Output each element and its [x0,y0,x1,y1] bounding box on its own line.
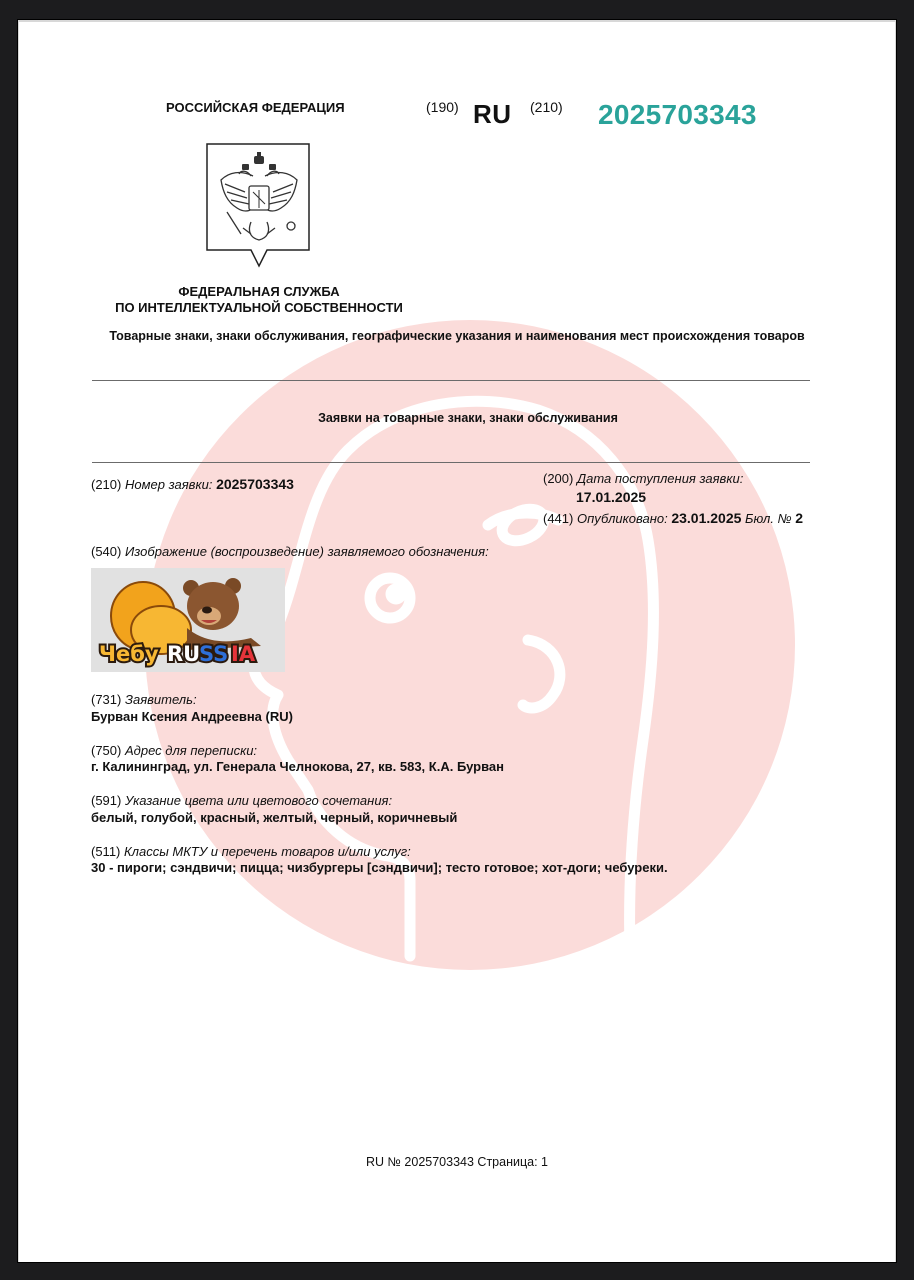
trademark-logo-image: Чебу RU SS IA [91,568,285,672]
svg-text:SS: SS [199,642,228,666]
svg-text:Чебу: Чебу [99,642,159,666]
applicant-value: Бурван Ксения Андреевна (RU) [91,709,293,724]
field-label: Изображение (воспроизведение) заявляемог… [125,544,489,559]
bulletin-label: Бюл. № [745,511,792,526]
bulletin-number: 2 [795,510,803,526]
agency-line-1: ФЕДЕРАЛЬНАЯ СЛУЖБА [78,284,440,300]
applicant-label: (731) Заявитель: [91,692,197,707]
published-date-value: 23.01.2025 [671,510,741,526]
filing-date-field: (200) Дата поступления заявки: [543,471,743,486]
section-title: Заявки на товарные знаки, знаки обслужив… [18,411,896,425]
page-footer: RU № 2025703343 Страница: 1 [18,1155,896,1169]
field-label: Заявитель: [125,692,197,707]
svg-text:IA: IA [231,642,256,666]
inid-code-210: (210) [530,99,563,115]
document-number: 2025703343 [598,99,757,131]
field-label: Адрес для переписки: [125,743,257,758]
inid-code: (540) [91,544,121,559]
agency-line-2: ПО ИНТЕЛЛЕКТУАЛЬНОЙ СОБСТВЕННОСТИ [78,300,440,316]
inid-code-190: (190) [426,99,459,115]
application-number-field: (210) Номер заявки: 2025703343 [91,476,294,492]
field-label: Дата поступления заявки: [577,471,743,486]
field-label: Классы МКТУ и перечень товаров и/или усл… [124,844,411,859]
field-label: Номер заявки: [125,477,212,492]
application-number-value: 2025703343 [216,476,294,492]
country-name: РОССИЙСКАЯ ФЕДЕРАЦИЯ [166,100,345,115]
colors-label: (591) Указание цвета или цветового сочет… [91,793,392,808]
classes-label: (511) Классы МКТУ и перечень товаров и/и… [91,844,411,859]
document-subtitle: Товарные знаки, знаки обслуживания, геог… [18,329,896,343]
classes-value: 30 - пироги; сэндвичи; пицца; чизбургеры… [91,860,668,875]
address-label: (750) Адрес для переписки: [91,743,257,758]
field-label: Указание цвета или цветового сочетания: [125,793,392,808]
field-label: Опубликовано: [577,511,668,526]
divider-top [92,380,810,381]
inid-code: (200) [543,471,573,486]
inid-code: (210) [91,477,121,492]
filing-date-value: 17.01.2025 [576,489,646,505]
divider-bottom [92,462,810,463]
document-page: РОССИЙСКАЯ ФЕДЕРАЦИЯ (190) RU (210) 2025… [18,20,896,1262]
agency-name: ФЕДЕРАЛЬНАЯ СЛУЖБА ПО ИНТЕЛЛЕКТУАЛЬНОЙ С… [78,284,440,316]
inid-code: (591) [91,793,121,808]
image-field-label: (540) Изображение (воспроизведение) заяв… [91,544,489,559]
inid-code: (511) [91,844,120,859]
country-code: RU [473,99,512,130]
inid-code: (731) [91,692,121,707]
svg-text:RU: RU [167,642,200,666]
inid-code: (441) [543,511,573,526]
address-value: г. Калининград, ул. Генерала Челнокова, … [91,759,504,774]
inid-code: (750) [91,743,121,758]
colors-value: белый, голубой, красный, желтый, черный,… [91,810,457,825]
russian-coat-of-arms-icon [205,142,313,268]
published-field: (441) Опубликовано: 23.01.2025 Бюл. № 2 [543,510,803,526]
